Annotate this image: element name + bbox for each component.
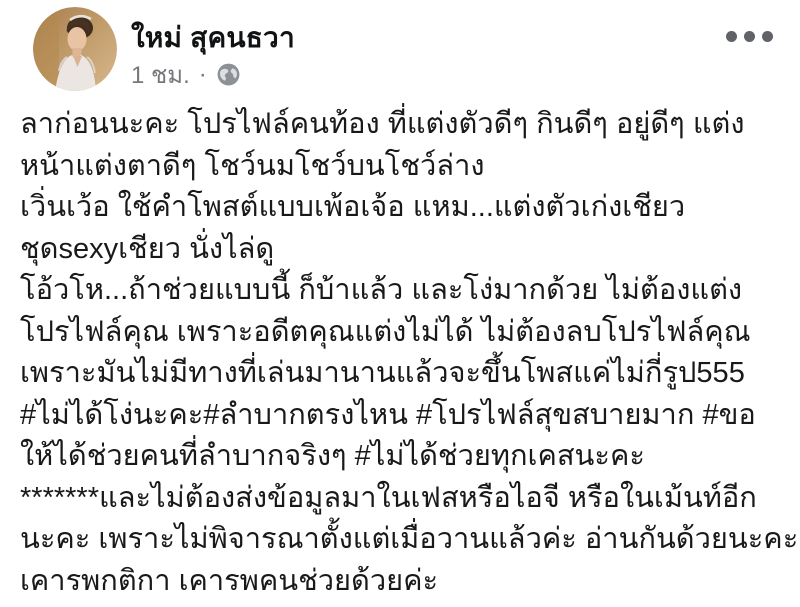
ellipsis-icon — [744, 31, 755, 42]
post-text-line: *******และไม่ต้องส่งข้อมูลมาในเฟสหรือไอจ… — [20, 478, 790, 520]
post-text-line: เพราะมันไม่มีทางที่เล่นมานานแล้วจะขึ้นโพ… — [20, 353, 790, 395]
ellipsis-icon — [726, 31, 737, 42]
meta-separator: · — [199, 63, 207, 87]
avatar-image — [33, 7, 117, 91]
timestamp[interactable]: 1 ชม. — [131, 55, 190, 94]
post-body-text: ลาก่อนนะคะ โปรไฟล์คนท้อง ที่แต่งตัวดีๆ ก… — [20, 104, 790, 602]
post-text-line: โปรไฟล์คุณ เพราะอดีตคุณแต่งไม่ได้ ไม่ต้อ… — [20, 312, 790, 354]
post-text-line: โอ้วโห...ถ้าช่วยแบบนี้ ก็บ้าแล้ว และโง่ม… — [20, 270, 790, 312]
author-name[interactable]: ใหม่ สุคนธวา — [131, 16, 295, 60]
post-text-line: นะคะ เพราะไม่พิจารณาตั้งแต่เมื่อวานแล้วค… — [20, 519, 790, 561]
post-text-line-hashtags: ให้ได้ช่วยคนที่ลำบากจริงๆ #ไม่ได้ช่วยทุก… — [20, 436, 790, 478]
avatar[interactable] — [33, 7, 117, 91]
post-text-line: ชุดsexyเชียว นั่งไล่ดู — [20, 229, 790, 271]
globe-icon — [216, 62, 241, 87]
post-text-line: หน้าแต่งตาดีๆ โชว์นมโชว์บนโชว์ล่าง — [20, 146, 790, 188]
ellipsis-icon — [762, 31, 773, 42]
facebook-post-card: ใหม่ สุคนธวา 1 ชม. · ลาก่อนนะคะ โปรไฟล์ค… — [0, 0, 800, 607]
post-meta: 1 ชม. · — [131, 55, 241, 94]
post-text-line: ลาก่อนนะคะ โปรไฟล์คนท้อง ที่แต่งตัวดีๆ ก… — [20, 104, 790, 146]
post-menu-button[interactable] — [722, 27, 777, 46]
post-text-line-hashtags: #ไม่ได้โง่นะคะ#ลำบากตรงไหน #โปรไฟล์สุขสบ… — [20, 395, 790, 437]
post-text-line: เคารพกติกา เคารพคนช่วยด้วยค่ะ — [20, 561, 790, 603]
post-text-line: เวิ่นเว้อ ใช้คำโพสต์แบบเพ้อเจ้อ แหม...แต… — [20, 187, 790, 229]
